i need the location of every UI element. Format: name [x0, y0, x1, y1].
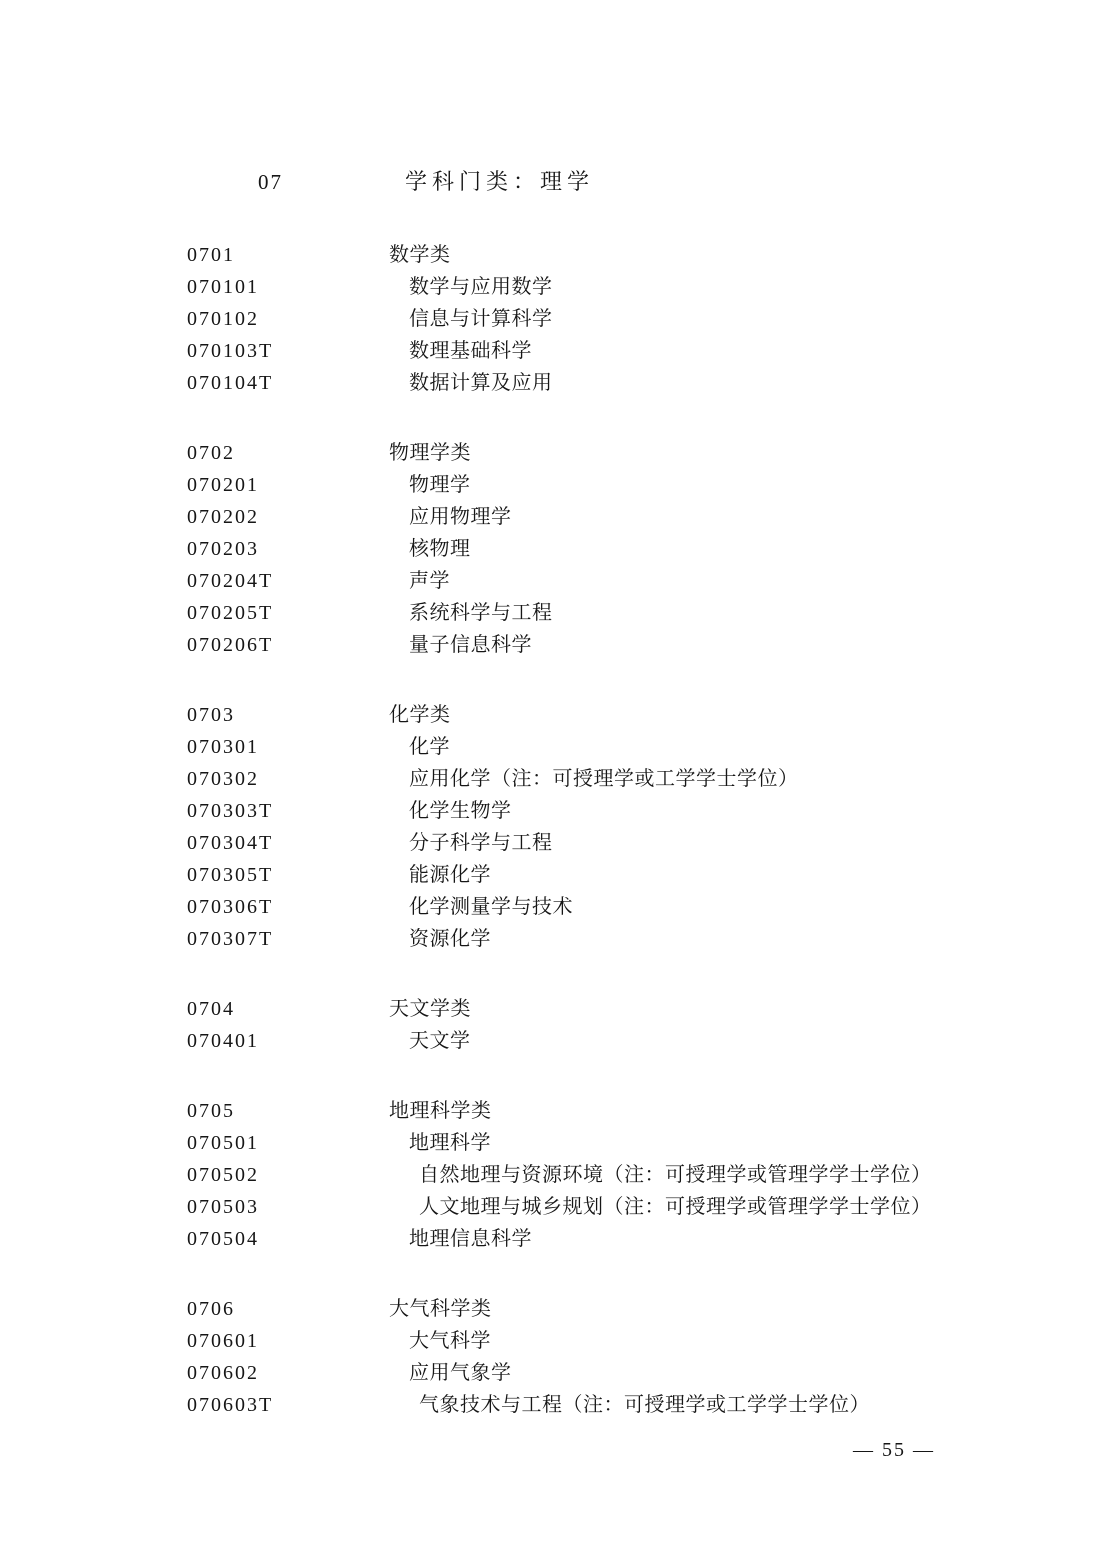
- major-code: 070206T: [187, 629, 273, 661]
- major-row: 070101数学与应用数学: [0, 271, 1102, 303]
- major-row: 070503人文地理与城乡规划（注：可授理学或管理学学士学位）: [0, 1191, 1102, 1223]
- major-name: 量子信息科学: [409, 629, 532, 661]
- major-code: 070502: [187, 1159, 259, 1191]
- major-row: 070303T化学生物学: [0, 795, 1102, 827]
- major-code: 070603T: [187, 1389, 273, 1421]
- major-name: 自然地理与资源环境（注：可授理学或管理学学士学位）: [419, 1159, 932, 1191]
- major-row: 070201物理学: [0, 469, 1102, 501]
- major-code: 070301: [187, 731, 259, 763]
- major-code: 070203: [187, 533, 259, 565]
- category-row: 0702物理学类: [0, 437, 1102, 469]
- major-row: 070401天文学: [0, 1025, 1102, 1057]
- major-name: 数学类: [389, 239, 451, 271]
- major-row: 070203核物理: [0, 533, 1102, 565]
- major-name: 数据计算及应用: [409, 367, 553, 399]
- category-row: 0701数学类: [0, 239, 1102, 271]
- major-row: 070602应用气象学: [0, 1357, 1102, 1389]
- major-name: 化学测量学与技术: [409, 891, 573, 923]
- major-row: 070202应用物理学: [0, 501, 1102, 533]
- major-name: 资源化学: [409, 923, 491, 955]
- major-row: 070304T分子科学与工程: [0, 827, 1102, 859]
- major-name: 信息与计算科学: [409, 303, 553, 335]
- major-code: 070104T: [187, 367, 273, 399]
- discipline-section: 0701数学类070101数学与应用数学070102信息与计算科学070103T…: [0, 239, 1102, 399]
- major-code: 070302: [187, 763, 259, 795]
- major-name: 物理学: [409, 469, 471, 501]
- major-row: 070205T系统科学与工程: [0, 597, 1102, 629]
- category-group-code: 07: [258, 169, 283, 195]
- major-code: 0701: [187, 239, 235, 271]
- discipline-section: 0704天文学类070401天文学: [0, 993, 1102, 1057]
- major-code: 070102: [187, 303, 259, 335]
- category-row: 0706大气科学类: [0, 1293, 1102, 1325]
- category-row: 0704天文学类: [0, 993, 1102, 1025]
- major-name: 地理科学: [409, 1127, 491, 1159]
- major-name: 应用气象学: [409, 1357, 512, 1389]
- major-name: 应用化学（注：可授理学或工学学士学位）: [409, 763, 799, 795]
- major-code: 070201: [187, 469, 259, 501]
- major-code: 070304T: [187, 827, 273, 859]
- major-row: 070206T量子信息科学: [0, 629, 1102, 661]
- major-row: 070504地理信息科学: [0, 1223, 1102, 1255]
- major-row: 070306T化学测量学与技术: [0, 891, 1102, 923]
- major-code: 070307T: [187, 923, 273, 955]
- page-title: 学科门类：理学: [405, 169, 594, 195]
- major-row: 070305T能源化学: [0, 859, 1102, 891]
- major-name: 能源化学: [409, 859, 491, 891]
- major-code: 070202: [187, 501, 259, 533]
- major-code: 0704: [187, 993, 235, 1025]
- major-row: 070102信息与计算科学: [0, 303, 1102, 335]
- document-page: 07 学科门类：理学 0701数学类070101数学与应用数学070102信息与…: [0, 0, 1102, 1559]
- major-code: 070103T: [187, 335, 273, 367]
- major-name: 数学与应用数学: [409, 271, 553, 303]
- major-row: 070301化学: [0, 731, 1102, 763]
- major-code: 070504: [187, 1223, 259, 1255]
- major-code: 070205T: [187, 597, 273, 629]
- major-name: 物理学类: [389, 437, 471, 469]
- major-code: 070305T: [187, 859, 273, 891]
- category-row: 0703化学类: [0, 699, 1102, 731]
- major-row: 070601大气科学: [0, 1325, 1102, 1357]
- category-row: 0705地理科学类: [0, 1095, 1102, 1127]
- major-code: 070101: [187, 271, 259, 303]
- major-row: 070302应用化学（注：可授理学或工学学士学位）: [0, 763, 1102, 795]
- major-name: 天文学: [409, 1025, 471, 1057]
- major-row: 070307T资源化学: [0, 923, 1102, 955]
- major-name: 大气科学: [409, 1325, 491, 1357]
- major-name: 地理科学类: [389, 1095, 492, 1127]
- page-header: 07 学科门类：理学: [0, 169, 1102, 195]
- major-code: 070303T: [187, 795, 273, 827]
- major-row: 070603T气象技术与工程（注：可授理学或工学学士学位）: [0, 1389, 1102, 1421]
- major-row: 070204T声学: [0, 565, 1102, 597]
- major-name: 系统科学与工程: [409, 597, 553, 629]
- major-code: 0706: [187, 1293, 235, 1325]
- major-code: 070602: [187, 1357, 259, 1389]
- major-name: 化学类: [389, 699, 451, 731]
- major-code: 070501: [187, 1127, 259, 1159]
- major-code: 0703: [187, 699, 235, 731]
- major-name: 天文学类: [389, 993, 471, 1025]
- major-code: 070503: [187, 1191, 259, 1223]
- major-name: 人文地理与城乡规划（注：可授理学或管理学学士学位）: [419, 1191, 932, 1223]
- discipline-section: 0703化学类070301化学070302应用化学（注：可授理学或工学学士学位）…: [0, 699, 1102, 955]
- major-name: 气象技术与工程（注：可授理学或工学学士学位）: [419, 1389, 870, 1421]
- major-row: 070501地理科学: [0, 1127, 1102, 1159]
- major-row: 070103T数理基础科学: [0, 335, 1102, 367]
- major-name: 数理基础科学: [409, 335, 532, 367]
- major-row: 070104T数据计算及应用: [0, 367, 1102, 399]
- major-code: 070401: [187, 1025, 259, 1057]
- major-name: 地理信息科学: [409, 1223, 532, 1255]
- major-name: 化学生物学: [409, 795, 512, 827]
- major-name: 声学: [409, 565, 450, 597]
- major-name: 化学: [409, 731, 450, 763]
- major-name: 应用物理学: [409, 501, 512, 533]
- page-number: — 55 —: [853, 1438, 935, 1462]
- major-row: 070502自然地理与资源环境（注：可授理学或管理学学士学位）: [0, 1159, 1102, 1191]
- discipline-catalog: 0701数学类070101数学与应用数学070102信息与计算科学070103T…: [0, 239, 1102, 1421]
- major-name: 核物理: [409, 533, 471, 565]
- major-code: 070306T: [187, 891, 273, 923]
- discipline-section: 0705地理科学类070501地理科学070502自然地理与资源环境（注：可授理…: [0, 1095, 1102, 1255]
- discipline-section: 0702物理学类070201物理学070202应用物理学070203核物理070…: [0, 437, 1102, 661]
- discipline-section: 0706大气科学类070601大气科学070602应用气象学070603T气象技…: [0, 1293, 1102, 1421]
- major-code: 070601: [187, 1325, 259, 1357]
- major-name: 大气科学类: [389, 1293, 492, 1325]
- major-code: 0705: [187, 1095, 235, 1127]
- major-code: 0702: [187, 437, 235, 469]
- major-name: 分子科学与工程: [409, 827, 553, 859]
- major-code: 070204T: [187, 565, 273, 597]
